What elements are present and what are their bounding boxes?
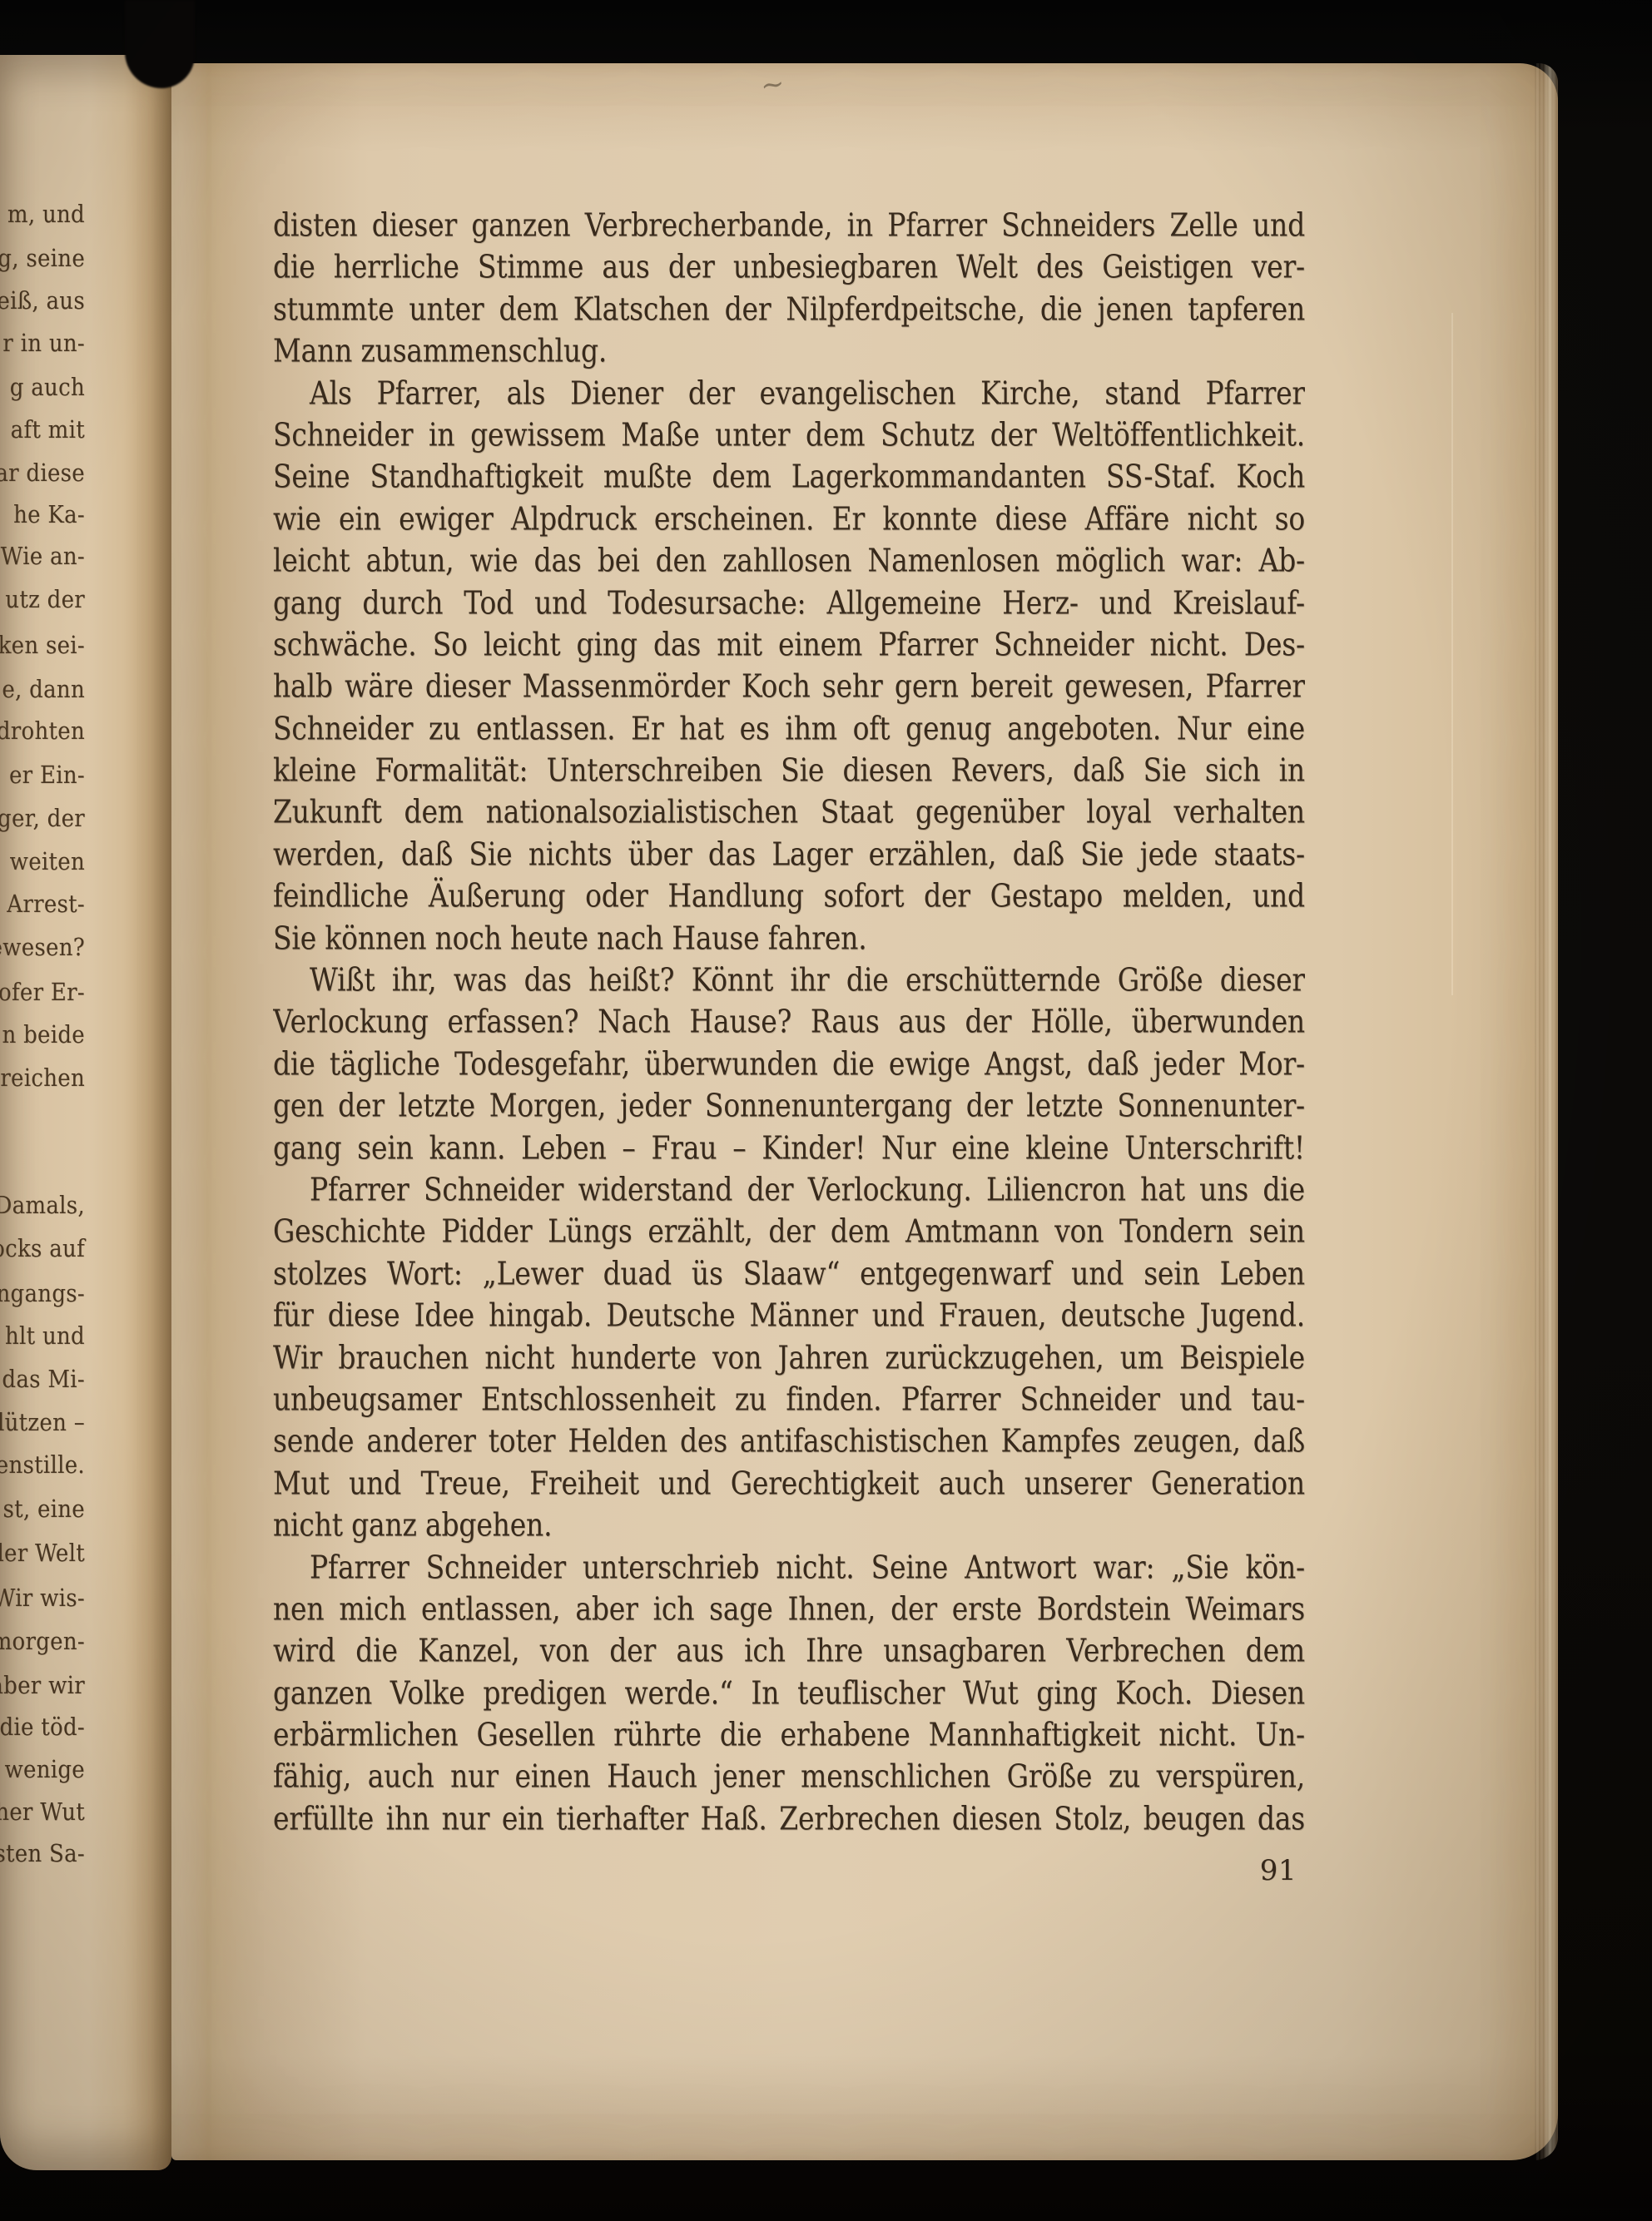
left-page-edge: m, undg, seineeiß, ausr in un-g auchaft …: [0, 55, 171, 2170]
left-page-text-fragment: Wie an-: [1, 533, 85, 581]
text-line: erfüllte ihn nur ein tierhafter Haß. Zer…: [273, 1795, 1305, 1843]
text-lines: disten dieser ganzen Verbrecherbande, in…: [273, 205, 1305, 1840]
left-page-text-fragment: ken sei-: [0, 622, 85, 670]
text-line: wird die Kanzel, von der aus ich Ihre un…: [273, 1627, 1305, 1675]
left-page-text-fragment: sreichen: [0, 1054, 85, 1103]
left-page-text-fragment: aft mit: [11, 406, 85, 454]
left-page-text-fragment: ler Welt: [0, 1529, 85, 1578]
left-page-text-fragment: Arrest-: [7, 880, 85, 929]
left-page-text-fragment: ofer Er-: [0, 969, 85, 1017]
left-page-text-fragment: drohten: [0, 707, 85, 756]
left-page-text-fragment: wenige: [4, 1746, 85, 1794]
left-page-text-fragment: ngangs-: [0, 1270, 85, 1318]
page-edge-scratch: [1451, 313, 1453, 995]
left-page-text-fragment: n beide: [2, 1011, 86, 1059]
pencil-mark: ~: [758, 67, 786, 103]
page-fore-edge: [1535, 63, 1558, 2160]
left-page-text-fragment: weiten: [10, 838, 85, 886]
left-page-text-fragment: eiß, aus: [0, 277, 85, 325]
text-line: Mann zusammenschlug.: [273, 327, 1305, 375]
page-text-block: disten dieser ganzen Verbrecherbande, in…: [273, 205, 1305, 1892]
left-page-text-fragment: lützen –: [0, 1399, 85, 1447]
left-page-text-fragment: sten Sa-: [0, 1830, 85, 1878]
left-page-text-fragment: ocks auf: [0, 1225, 85, 1273]
text-line: nicht ganz abgehen.: [273, 1501, 1305, 1549]
left-page-text-fragment: das Mi-: [2, 1356, 85, 1404]
left-page-text-fragment: die töd-: [0, 1703, 85, 1752]
book-page: ~ disten dieser ganzen Verbrecherbande, …: [171, 63, 1558, 2160]
left-page-text-fragment: st, eine: [2, 1485, 85, 1534]
left-page-text-fragment: m, und: [7, 191, 85, 239]
text-line: gen der letzte Morgen, jeder Sonnenunter…: [273, 1082, 1305, 1130]
book-scan-photo: m, undg, seineeiß, ausr in un-g auchaft …: [0, 0, 1652, 2221]
left-page-text-fragment: g auch: [10, 364, 85, 412]
spine-shadow: [125, 0, 195, 88]
left-page-text-fragment: Damals,: [0, 1182, 85, 1230]
left-page-text-fragment: r in un-: [2, 320, 85, 368]
left-page-text-fragment: enstille.: [0, 1441, 85, 1490]
text-line: für diese Idee hingab. Deutsche Männer u…: [273, 1291, 1305, 1340]
text-line: leicht abtun, wie das bei den zahllosen …: [273, 537, 1305, 585]
page-number: 91: [273, 1850, 1305, 1891]
left-page-text-fragment: g, seine: [0, 235, 85, 283]
left-page-text-fragment: hlt und: [5, 1312, 85, 1361]
left-page-text-fragment: er Ein-: [9, 751, 85, 800]
left-page-text-fragment: ger, der: [0, 795, 85, 843]
left-page-text-fragment: morgen-: [0, 1618, 85, 1666]
text-line: halb wäre dieser Massenmörder Koch sehr …: [273, 662, 1305, 711]
text-line: sende anderer toter Helden des antifasch…: [273, 1417, 1305, 1465]
left-page-text-fragment: ewesen?: [0, 924, 85, 972]
text-line: feindliche Äußerung oder Handlung sofort…: [273, 872, 1305, 920]
left-page-text-fragment: utz der: [5, 576, 85, 624]
left-page-text-fragment: Wir wis-: [0, 1574, 85, 1623]
